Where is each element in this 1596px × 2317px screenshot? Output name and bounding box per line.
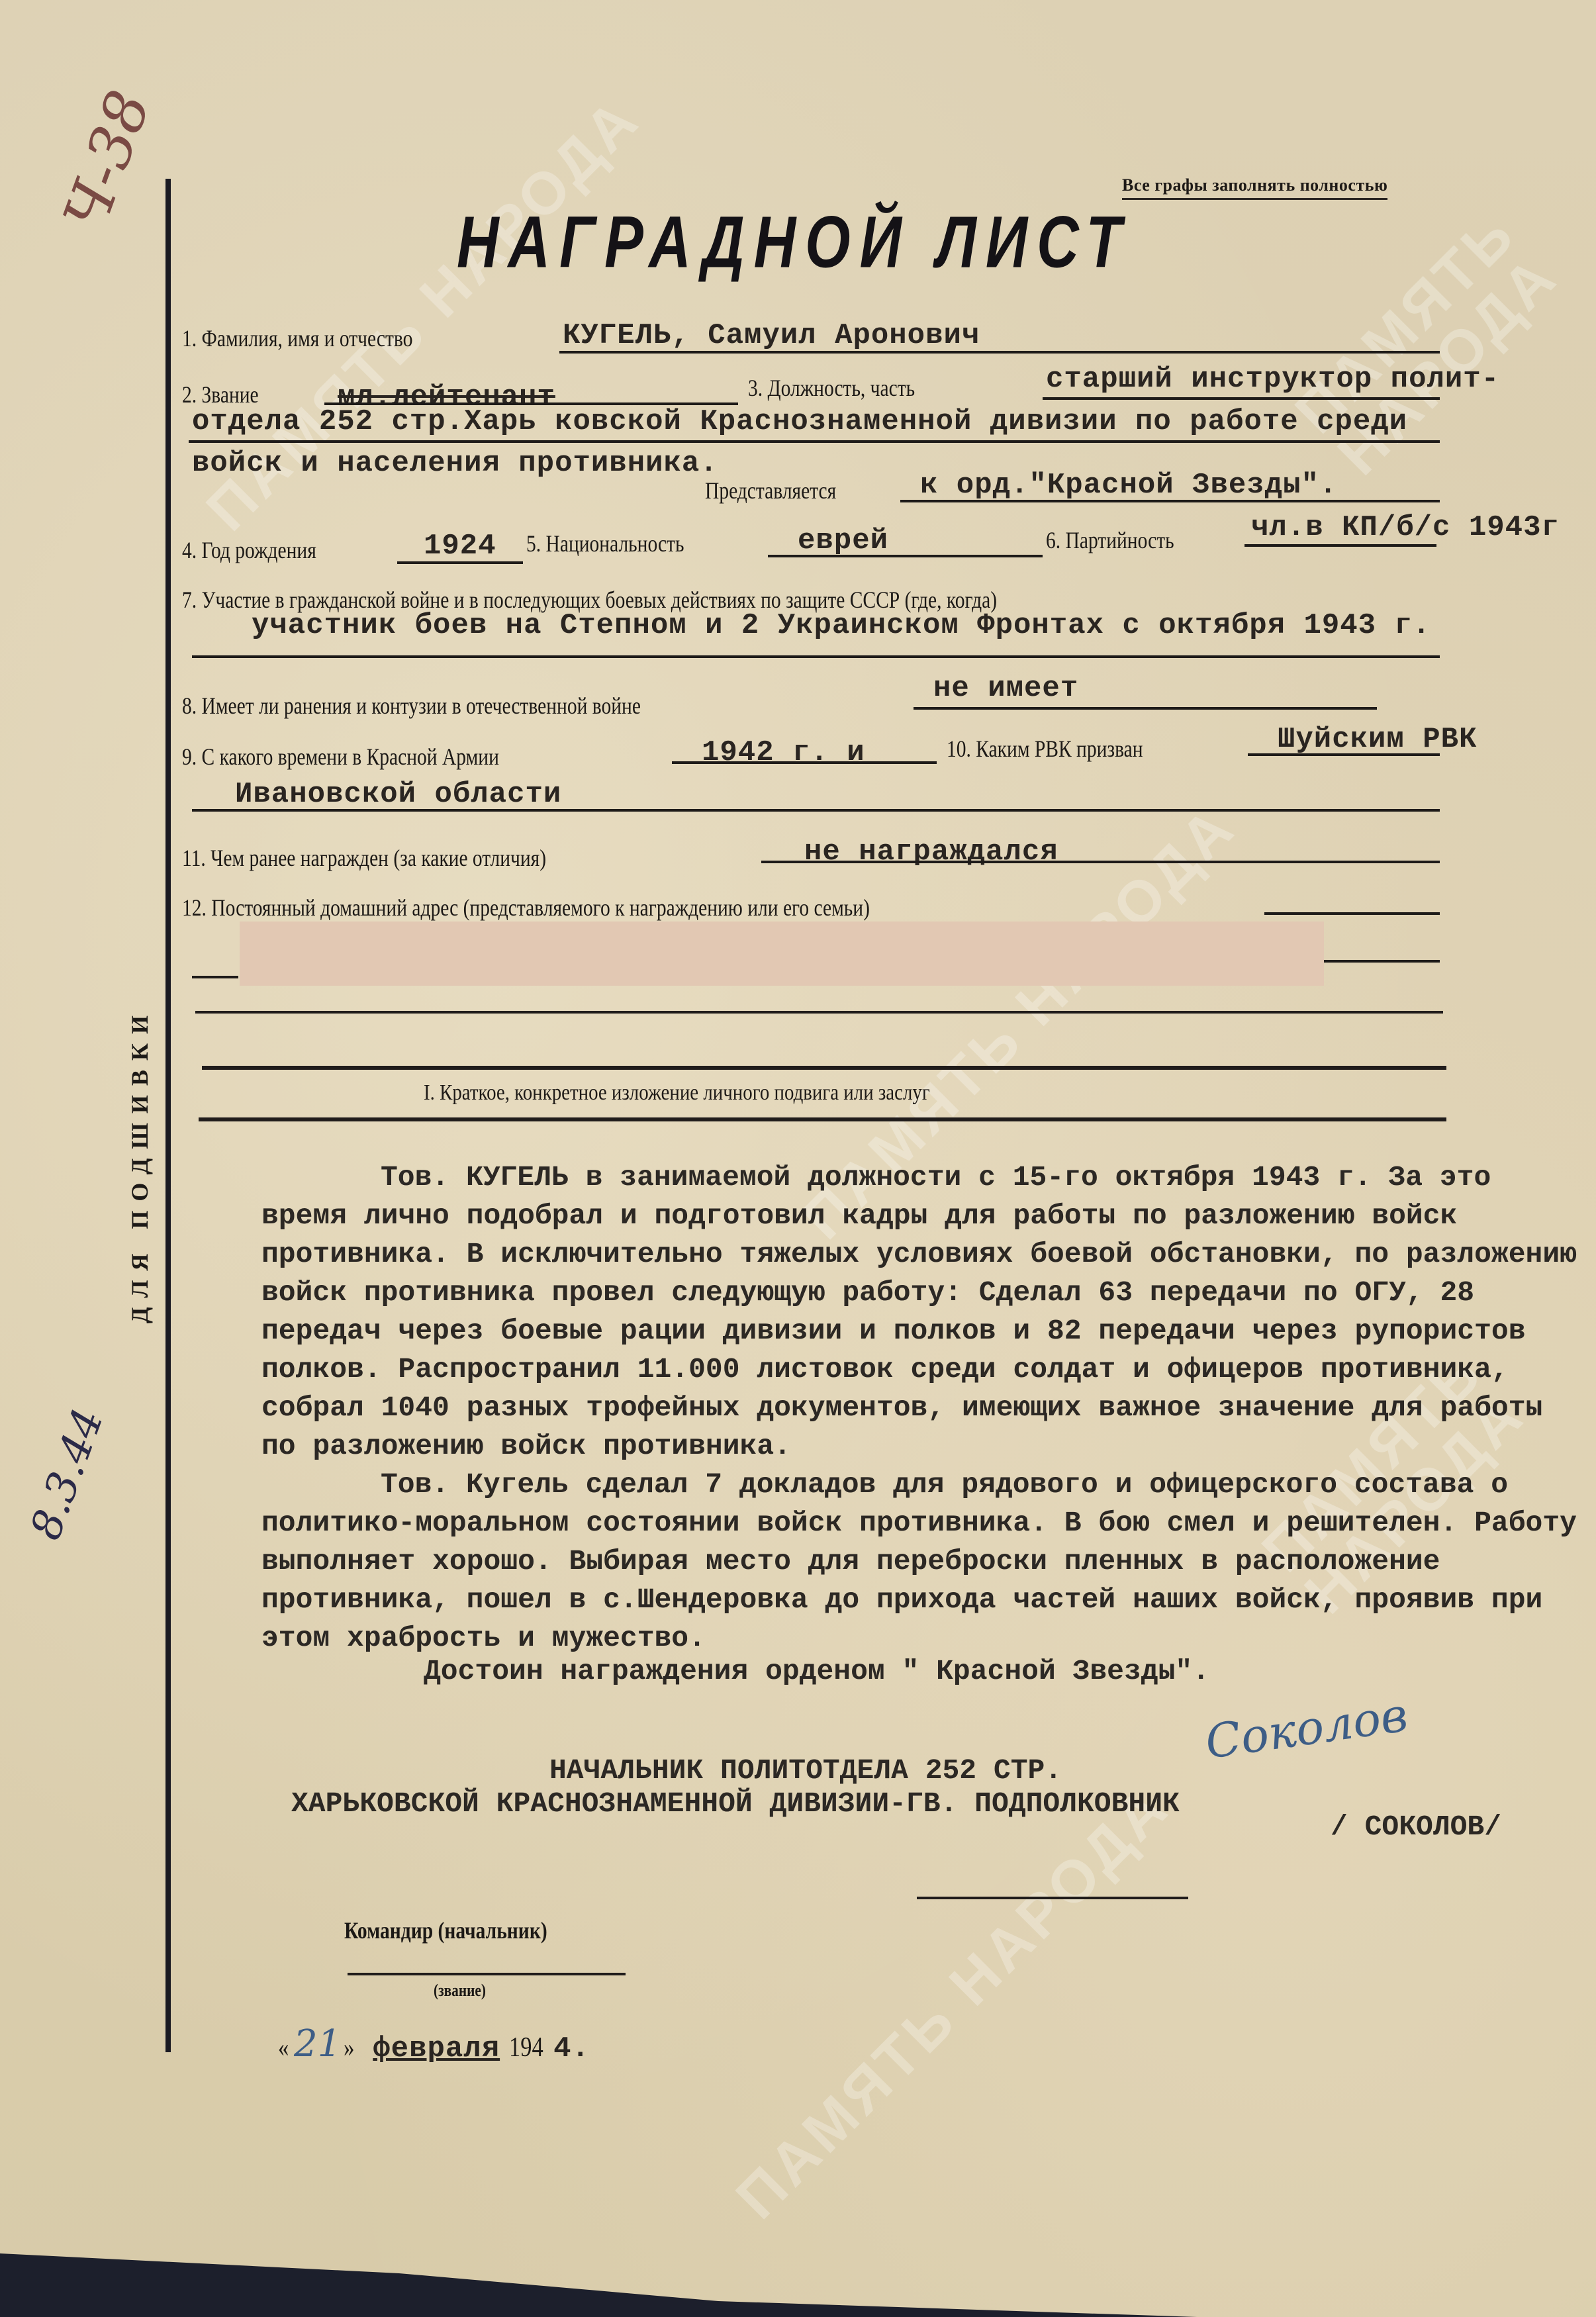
field-11-label: 11. Чем ранее награжден (за какие отличи… — [182, 844, 546, 872]
field-2-label: 2. Звание — [182, 381, 259, 408]
rank-caption: (звание) — [434, 1981, 486, 2001]
signer-title-line1: НАЧАЛЬНИК ПОЛИТОТДЕЛА 252 СТР. — [549, 1754, 1062, 1787]
field-9-label: 9. С какого времени в Красной Армии — [182, 743, 499, 771]
narrative-paragraph-1: Тов. КУГЕЛЬ в занимаемой должности с 15-… — [261, 1158, 1585, 1466]
date-quote-open: « — [278, 2032, 289, 2063]
presented-value: к орд."Красной Звезды". — [920, 469, 1337, 502]
field-3-value-line1: старший инструктор полит- — [1046, 363, 1499, 396]
field-9-value: 1942 г. и — [702, 736, 865, 769]
date-month: февраля — [373, 2032, 500, 2065]
date-day: 21 — [294, 2022, 341, 2065]
award-recommendation: Достоин награждения орденом " Красной Зв… — [424, 1655, 1209, 1687]
field-8-label: 8. Имеет ли ранения и контузии в отечест… — [182, 692, 641, 720]
field-1-label: 1. Фамилия, имя и отчество — [182, 324, 412, 352]
field-3-value-line3: войск и населения противника. — [192, 447, 718, 480]
document-title: НАГРАДНОЙ ЛИСТ — [457, 200, 1131, 285]
date-quote-close: » — [344, 2032, 354, 2063]
instruction-note: Все графы заполнять полностью — [1122, 175, 1387, 200]
field-11-value: не награждался — [804, 835, 1058, 869]
field-12-label: 12. Постоянный домашний адрес (представл… — [182, 894, 870, 922]
field-1-value: КУГЕЛЬ, Самуил Аронович — [563, 319, 980, 352]
field-5-value: еврей — [798, 524, 888, 557]
signer-title-line2: ХАРЬКОВСКОЙ КРАСНОЗНАМЕННОЙ ДИВИЗИИ-ГВ. … — [291, 1787, 1180, 1820]
field-4-label: 4. Год рождения — [182, 536, 316, 564]
binding-margin-line — [165, 179, 171, 2052]
date: « 21 » февраля 194 4. — [278, 2022, 590, 2065]
field-3-value-line2: отдела 252 стр.Харь ковской Краснознамен… — [192, 405, 1407, 438]
field-1: 1. Фамилия, имя и отчество — [182, 324, 463, 352]
field-6-value: чл.в КП/б/с 1943г — [1251, 511, 1560, 544]
field-8-value: не имеет — [933, 672, 1078, 705]
field-4-value: 1924 — [424, 530, 496, 563]
field-5-label: 5. Национальность — [526, 530, 684, 557]
field-10-value-line1: Шуйским РВК — [1278, 723, 1477, 756]
field-3-label: 3. Должность, часть — [748, 374, 915, 402]
narrative-text: Тов. КУГЕЛЬ в занимаемой должности с 15-… — [261, 1158, 1585, 1658]
signer-name: / СОКОЛОВ/ — [1331, 1811, 1501, 1843]
field-6-label: 6. Партийность — [1046, 526, 1174, 554]
margin-label-vertical: ДЛЯ ПОДШИВКИ — [126, 1006, 165, 1323]
date-year-suffix: 4. — [553, 2032, 590, 2065]
date-year-prefix: 194 — [509, 2032, 543, 2063]
redacted-address — [240, 922, 1324, 986]
field-10-value-line2: Ивановской области — [235, 778, 561, 811]
presented-label: Представляется — [705, 477, 836, 504]
field-10-label: 10. Каким РВК призван — [947, 735, 1143, 763]
field-7-value: участник боев на Степном и 2 Украинском … — [252, 609, 1431, 642]
narrative-paragraph-2: Тов. Кугель сделал 7 докладов для рядово… — [261, 1466, 1585, 1658]
section-1-title: I. Краткое, конкретное изложение личного… — [424, 1080, 930, 1106]
commander-label: Командир (начальник) — [344, 1916, 547, 1944]
